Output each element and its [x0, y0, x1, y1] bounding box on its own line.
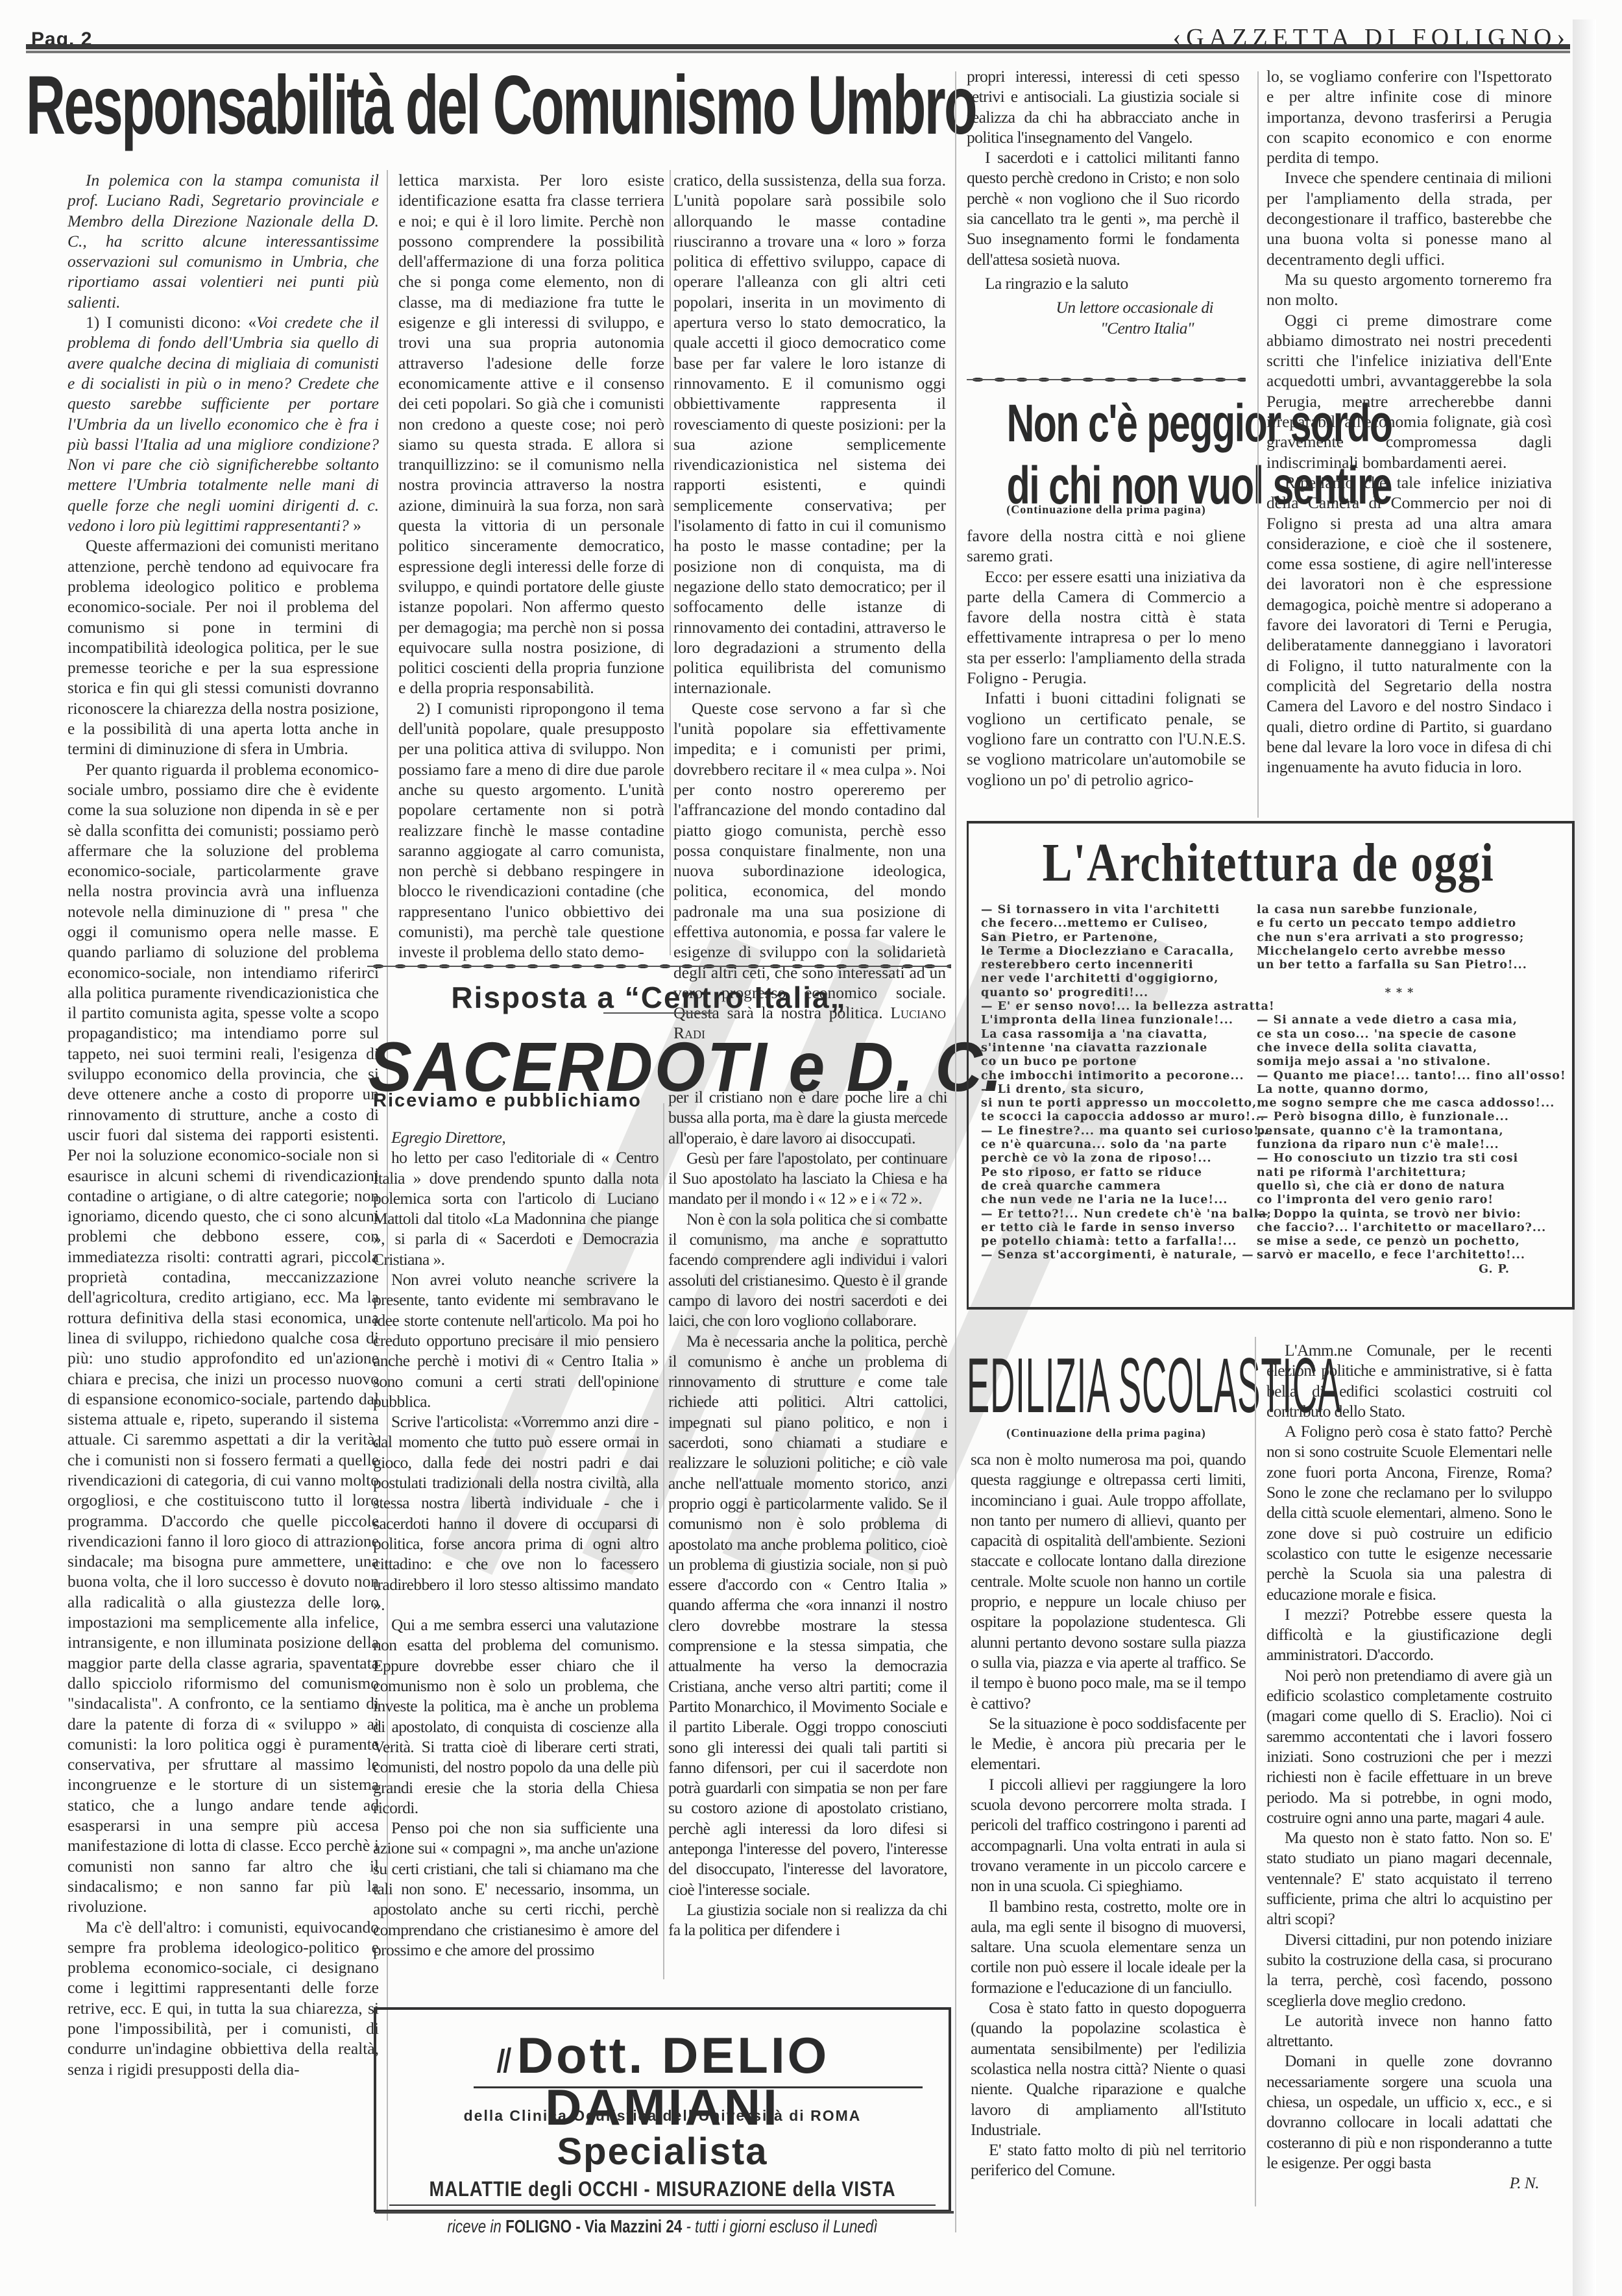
sacerdoti-paragraph: Penso poi che non sia sufficiente una az… [373, 1818, 659, 1960]
sacerdoti-column-c: propri interessi, interessi di ceti spes… [967, 66, 1239, 338]
sacerdoti-salutation: Egregio Direttore, [373, 1127, 659, 1147]
sordo-paragraph: Ma su questo argomento torneremo fra non… [1266, 269, 1552, 310]
sordo-column-b: lo, se vogliamo conferire con l'Ispettor… [1266, 66, 1552, 777]
sordo-paragraph: Ripetiamo che tale infelice iniziativa d… [1266, 472, 1552, 777]
architettura-poem-col-b: la casa nun sarebbe funzionale, e fu cer… [1257, 903, 1542, 1276]
architettura-signature: G. P. [1257, 1263, 1542, 1276]
column-divider [955, 71, 956, 2232]
sacerdoti-paragraph: Gesù per fare l'apostolato, per continua… [668, 1148, 947, 1209]
edilizia-paragraph: E' stato fatto molto di più nel territor… [971, 2140, 1246, 2180]
sacerdoti-paragraph: La giustizia sociale non si realizza da … [668, 1899, 947, 1940]
ornamental-rule [967, 375, 1246, 384]
architettura-poem-col-a: — Si tornassero in vita l'architetti che… [981, 903, 1275, 1263]
comunismo-column-2: lettica marxista. Per loro esiste identi… [398, 170, 664, 962]
edilizia-paragraph: Diversi cittadini, pur non potendo inizi… [1266, 1929, 1552, 2010]
sacerdoti-paragraph: Non avrei voluto neanche scrivere la pre… [373, 1269, 659, 1411]
headline-architettura: L'Architettura de oggi [1043, 831, 1495, 896]
sordo-column-a: favore della nostra città e noi gliene s… [967, 526, 1246, 790]
comunismo-intro: In polemica con la stampa comunista il p… [67, 170, 379, 312]
edilizia-paragraph: I piccoli allievi per raggiungere la lor… [971, 1774, 1246, 1896]
sacerdoti-paragraph: I sacerdoti e i cattolici militanti fann… [967, 147, 1239, 269]
edilizia-paragraph: Domani in quelle zone dovranno necessari… [1266, 2051, 1552, 2173]
edilizia-paragraph: Le autorità invece non hanno fatto altre… [1266, 2010, 1552, 2051]
column-divider [1255, 1337, 1256, 2206]
kicker-underline [603, 1012, 714, 1014]
ad-title: Specialista [376, 2130, 949, 2173]
comunismo-paragraph: Queste affermazioni dei comunisti merita… [67, 535, 379, 759]
edilizia-column-a: sca non è molto numerosa ma poi, quando … [971, 1449, 1246, 2180]
edilizia-paragraph: Noi però non pretendiamo di avere già un… [1266, 1665, 1552, 1827]
edilizia-paragraph: Ma questo non è stato fatto. Non so. E' … [1266, 1827, 1552, 1929]
advertisement-damiani: IlDott. DELIO DAMIANI della Clinica Ocul… [374, 2007, 951, 2212]
comunismo-column-3: cratico, della sussistenza, della sua fo… [673, 170, 946, 1044]
edilizia-paragraph: Se la situazione è poco soddisfacente pe… [971, 1713, 1246, 1774]
edilizia-paragraph: L'Amm.ne Comunale, per le recenti elezio… [1266, 1340, 1552, 1421]
sordo-paragraph: Oggi ci preme dimostrare come abbiamo di… [1266, 310, 1552, 472]
kicker-risposta: Risposta a “Centro Italia„ [363, 980, 934, 1015]
sordo-paragraph: Ecco: per essere esatti una iniziativa d… [967, 567, 1246, 689]
sacerdoti-paragraph: Qui a me sembra esserci una valutazione … [373, 1615, 659, 1818]
ad-bottom-rule [375, 2211, 954, 2214]
comunismo-paragraph: lettica marxista. Per loro esiste identi… [398, 170, 664, 698]
edilizia-paragraph: sca non è molto numerosa ma poi, quando … [971, 1449, 1246, 1713]
edilizia-paragraph: Cosa è stato fatto in questo dopoguerra … [971, 1997, 1246, 2140]
sordo-paragraph: lo, se vogliamo conferire con l'Ispettor… [1266, 66, 1552, 167]
sacerdoti-signature-2: "Centro Italia" [967, 318, 1239, 338]
sordo-paragraph: Infatti i buoni cittadini folignati se v… [967, 688, 1246, 789]
ornamental-rule [367, 962, 951, 971]
sacerdoti-closing: La ringrazio e la saluto [967, 273, 1239, 293]
sacerdoti-signature-1: Un lettore occasionale di [967, 297, 1239, 317]
headline-comunismo: Responsabilità del Comunismo Umbro [26, 65, 640, 146]
edilizia-column-b: L'Amm.ne Comunale, per le recenti elezio… [1266, 1340, 1552, 2193]
edilizia-continuation-note: (Continuazione della prima pagina) [967, 1426, 1246, 1440]
sacerdoti-paragraph: per il cristiano non è dare poche lire a… [668, 1087, 947, 1148]
comunismo-column-1: In polemica con la stampa comunista il p… [67, 170, 379, 2079]
edilizia-paragraph: A Foligno però cosa è stato fatto? Perch… [1266, 1421, 1552, 1604]
comunismo-paragraph: cratico, della sussistenza, della sua fo… [673, 170, 946, 698]
sordo-paragraph: Invece che spendere centinaia di milioni… [1266, 167, 1552, 269]
header-rule [26, 44, 1570, 51]
comunismo-paragraph: 2) I comunisti ripropongono il tema dell… [398, 698, 664, 962]
ad-rule [389, 2204, 936, 2206]
sordo-paragraph: favore della nostra città e noi gliene s… [967, 526, 1246, 567]
sacerdoti-column-b: per il cristiano non è dare poche lire a… [668, 1087, 947, 1940]
ad-affiliation: della Clinica Oculistica dell'Università… [376, 2107, 949, 2125]
ad-hours: riceve in FOLIGNO - Via Mazzini 24 - tut… [433, 2216, 891, 2237]
comunismo-point-1: 1) I comunisti dicono: «Voi credete che … [67, 312, 379, 535]
newspaper-page: Pag. 2 ‹GAZZETTA DI FOLIGNO› Responsabil… [0, 0, 1622, 2296]
column-divider [1257, 71, 1259, 818]
sacerdoti-paragraph: ho letto per caso l'editoriale di « Cent… [373, 1147, 659, 1269]
headline-sordo: Non c'è peggior sordo di chi non vuol se… [1007, 393, 1213, 517]
sacerdoti-paragraph: Ma è necessaria anche la politica, perch… [668, 1331, 947, 1899]
headline-edilizia: EDILIZIA SCOLASTICA [967, 1347, 1089, 1424]
sacerdoti-paragraph: Non è con la sola politica che si combat… [668, 1209, 947, 1331]
edilizia-signature: P. N. [1266, 2173, 1552, 2193]
section-break-stars: * * * [1257, 986, 1542, 1000]
comunismo-paragraph: Ma c'è dell'altro: i comunisti, equivoca… [67, 1917, 379, 2079]
sordo-continuation-note: (Continuazione della prima pagina) [967, 503, 1246, 517]
ad-services: MALATTIE degli OCCHI - MISURAZIONE della… [417, 2177, 909, 2201]
ad-rule [474, 2086, 923, 2088]
sacerdoti-column-a: Egregio Direttore, ho letto per caso l'e… [373, 1127, 659, 1960]
subhead-riceviamo: Riceviamo e pubblichiamo [373, 1090, 642, 1112]
edilizia-paragraph: I mezzi? Potrebbe essere questa la diffi… [1266, 1604, 1552, 1665]
comunismo-paragraph: Per quanto riguarda il problema economic… [67, 759, 379, 1917]
sacerdoti-paragraph: Scrive l'articolista: «Vorremmo anzi dir… [373, 1411, 659, 1615]
column-divider [663, 1103, 664, 1979]
sacerdoti-paragraph: propri interessi, interessi di ceti spes… [967, 66, 1239, 147]
column-divider [670, 170, 671, 955]
page-edge-shadow [1573, 19, 1596, 2296]
edilizia-paragraph: Il bambino resta, costretto, molte ore i… [971, 1896, 1246, 1997]
